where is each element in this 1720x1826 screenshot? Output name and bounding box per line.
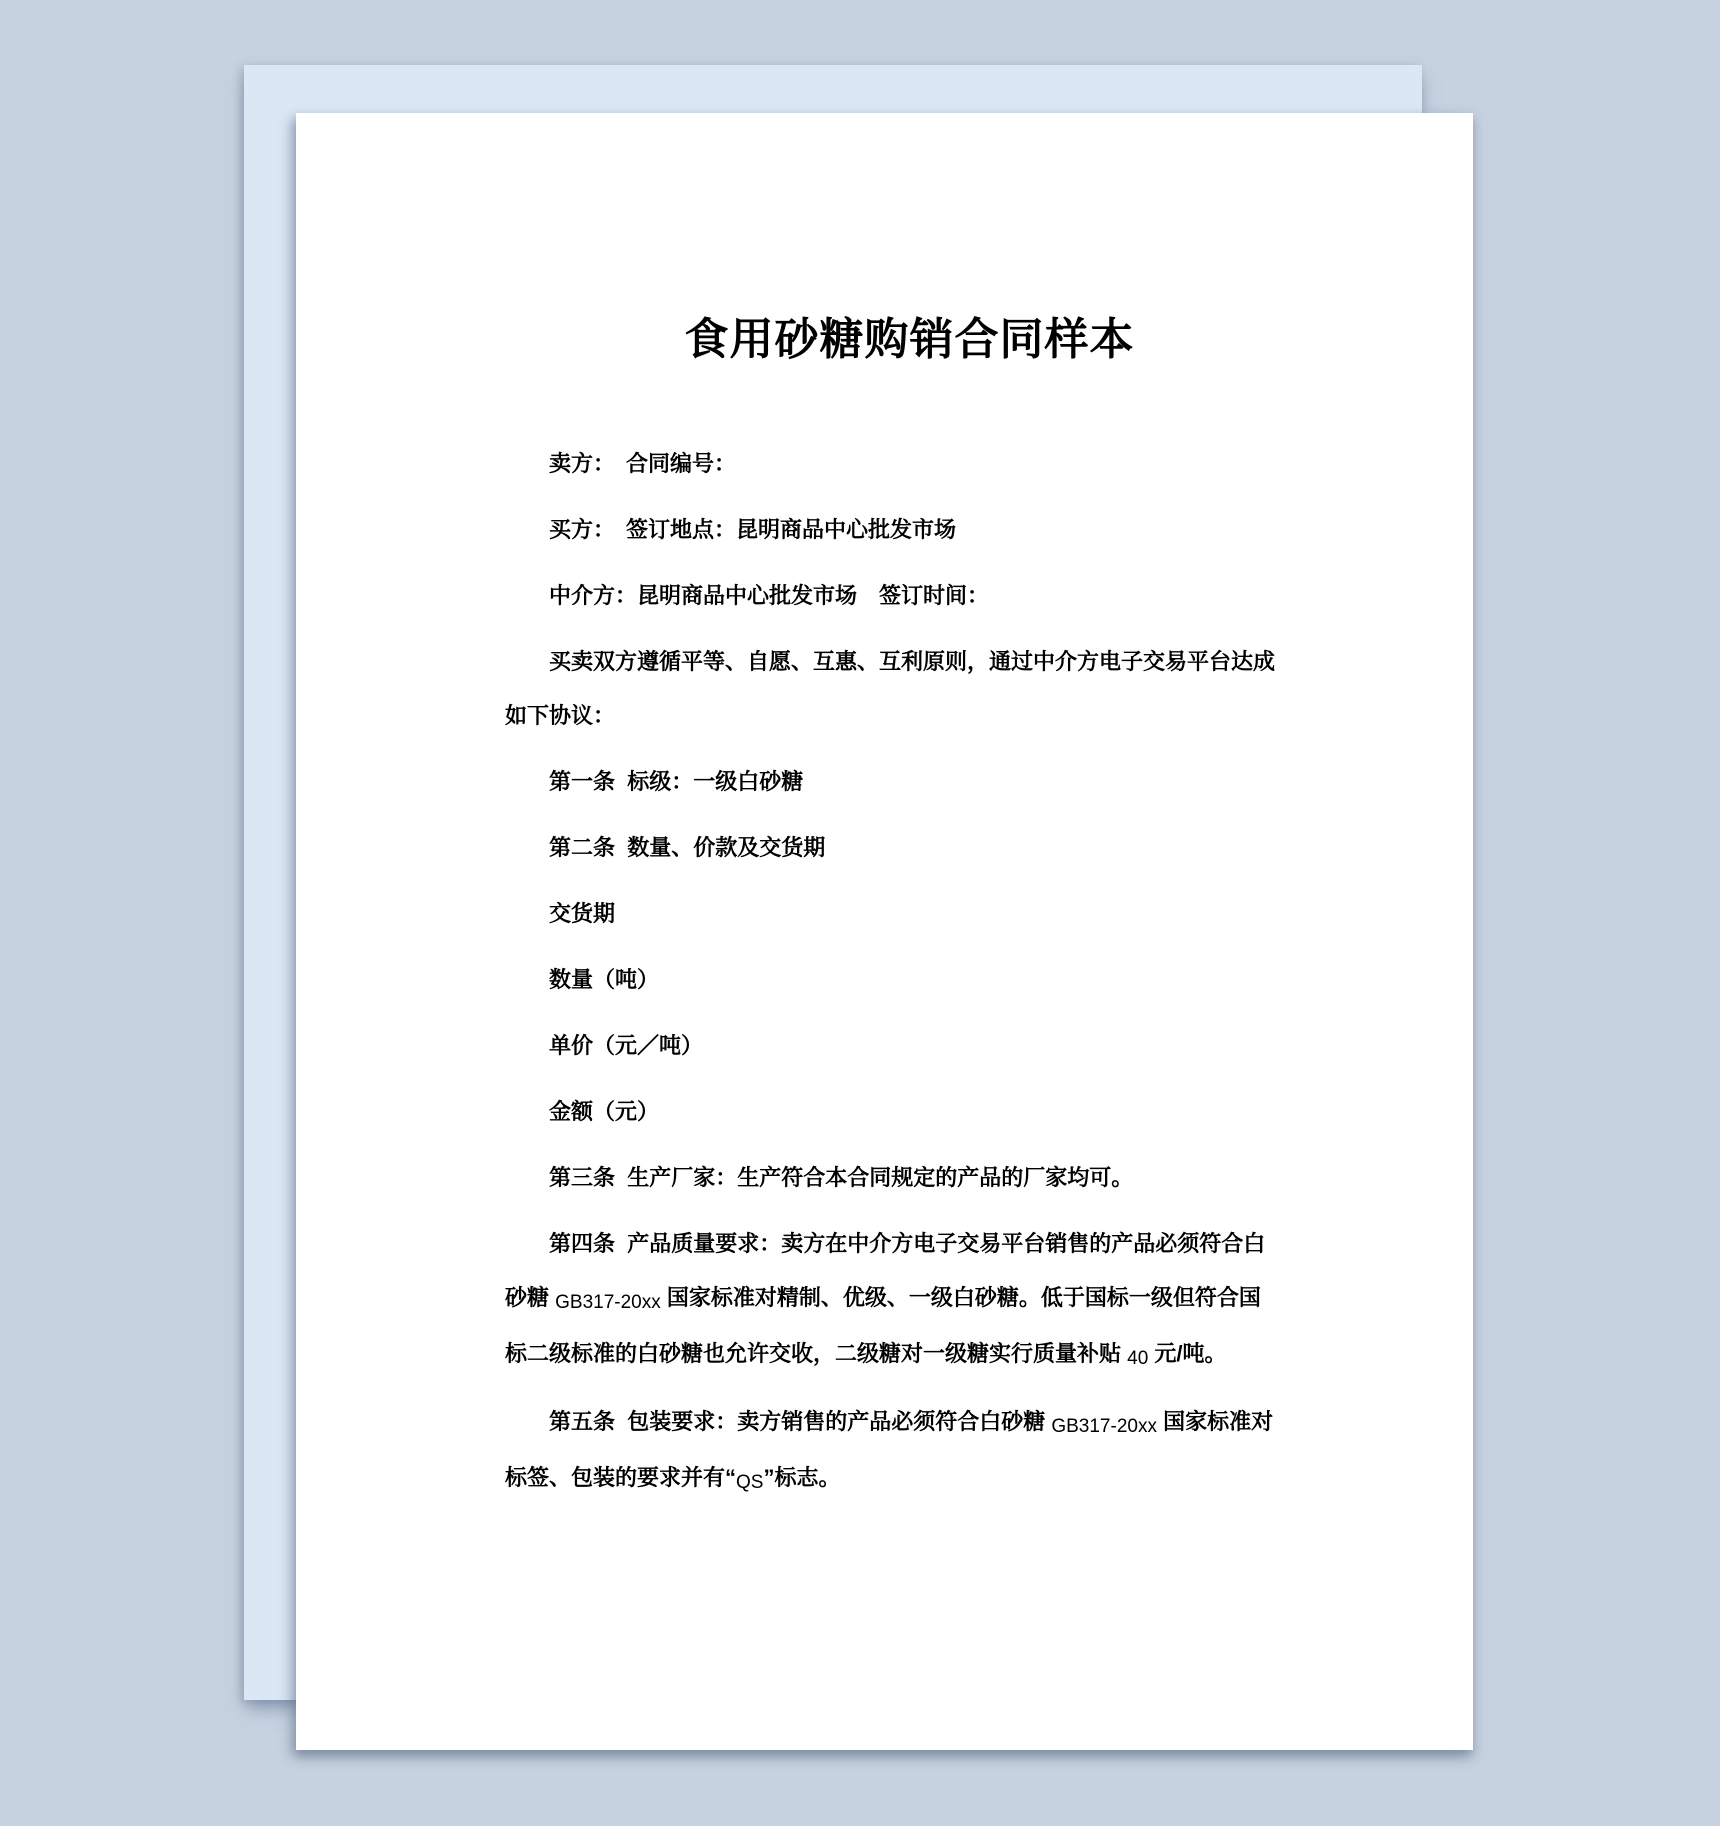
clause-3-line: 第三条 生产厂家：生产符合本合同规定的产品的厂家均可。 <box>505 1151 1270 1205</box>
preamble-line-1: 买卖双方遵循平等、自愿、互惠、互利原则，通过中介方电子交易平台达成 <box>505 635 1270 689</box>
gb-standard-code-2: GB317-20xx <box>1051 1416 1157 1437</box>
clause-5-line-1-text-cont: 国家标准对 <box>1157 1409 1273 1434</box>
clause-5-line-2-text: 标签、包装的要求并有“ <box>505 1465 736 1490</box>
clause-4-line-2-text-cont: 国家标准对精制、优级、一级白砂糖。低于国标一级但符合国 <box>661 1285 1261 1310</box>
seller-line: 卖方： 合同编号： <box>505 437 1270 491</box>
document-page: 食用砂糖购销合同样本 卖方： 合同编号： 买方： 签订地点：昆明商品中心批发市场… <box>296 113 1473 1750</box>
unit-price-label: 单价（元／吨） <box>505 1019 1270 1073</box>
clause-5-line-2: 标签、包装的要求并有“QS”标志。 <box>505 1451 1270 1507</box>
clause-1-line: 第一条 标级：一级白砂糖 <box>505 755 1270 809</box>
clause-4-line-2-text: 砂糖 <box>505 1285 555 1310</box>
buyer-line: 买方： 签订地点：昆明商品中心批发市场 <box>505 503 1270 557</box>
clause-4-line-2: 砂糖 GB317-20xx 国家标准对精制、优级、一级白砂糖。低于国标一级但符合… <box>505 1271 1270 1327</box>
paragraph-clause-3: 第三条 生产厂家：生产符合本合同规定的产品的厂家均可。 <box>505 1151 1270 1205</box>
clause-2-line: 第二条 数量、价款及交货期 <box>505 821 1270 875</box>
paragraph-clause-5: 第五条 包装要求：卖方销售的产品必须符合白砂糖 GB317-20xx 国家标准对… <box>505 1395 1270 1507</box>
clause-4-line-3: 标二级标准的白砂糖也允许交收，二级糖对一级糖实行质量补贴 40 元/吨。 <box>505 1327 1270 1383</box>
qs-mark: QS <box>736 1472 763 1493</box>
amount-label: 金额（元） <box>505 1085 1270 1139</box>
desktop-background: { "colors":{ "background":"#c6d2e0", "ba… <box>0 0 1720 1826</box>
paragraph-clause-1: 第一条 标级：一级白砂糖 <box>505 755 1270 809</box>
paragraph-clause-2: 第二条 数量、价款及交货期 <box>505 821 1270 875</box>
paragraph-clause-4: 第四条 产品质量要求：卖方在中介方电子交易平台销售的产品必须符合白 砂糖 GB3… <box>505 1217 1270 1383</box>
paragraph-delivery-label: 交货期 <box>505 887 1270 941</box>
clause-4-line-1: 第四条 产品质量要求：卖方在中介方电子交易平台销售的产品必须符合白 <box>505 1217 1270 1271</box>
paragraph-preamble: 买卖双方遵循平等、自愿、互惠、互利原则，通过中介方电子交易平台达成 如下协议： <box>505 635 1270 743</box>
paragraph-quantity-label: 数量（吨） <box>505 953 1270 1007</box>
quantity-label: 数量（吨） <box>505 953 1270 1007</box>
delivery-label: 交货期 <box>505 887 1270 941</box>
clause-4-line-3-text-cont: 元/吨。 <box>1148 1341 1226 1366</box>
paragraph-buyer: 买方： 签订地点：昆明商品中心批发市场 <box>505 503 1270 557</box>
clause-4-line-3-text: 标二级标准的白砂糖也允许交收，二级糖对一级糖实行质量补贴 <box>505 1341 1127 1366</box>
clause-5-line-1: 第五条 包装要求：卖方销售的产品必须符合白砂糖 GB317-20xx 国家标准对 <box>505 1395 1270 1451</box>
paragraph-seller: 卖方： 合同编号： <box>505 437 1270 491</box>
document-title: 食用砂糖购销合同样本 <box>505 310 1270 370</box>
paragraph-amount-label: 金额（元） <box>505 1085 1270 1139</box>
clause-5-line-1-text: 第五条 包装要求：卖方销售的产品必须符合白砂糖 <box>549 1409 1051 1434</box>
subsidy-value: 40 <box>1127 1348 1148 1369</box>
gb-standard-code: GB317-20xx <box>555 1292 661 1313</box>
paragraph-broker: 中介方：昆明商品中心批发市场 签订时间： <box>505 569 1270 623</box>
broker-line: 中介方：昆明商品中心批发市场 签订时间： <box>505 569 1270 623</box>
clause-5-line-2-text-cont: ”标志。 <box>763 1465 840 1490</box>
preamble-line-2: 如下协议： <box>505 689 1270 743</box>
paragraph-unit-price-label: 单价（元／吨） <box>505 1019 1270 1073</box>
